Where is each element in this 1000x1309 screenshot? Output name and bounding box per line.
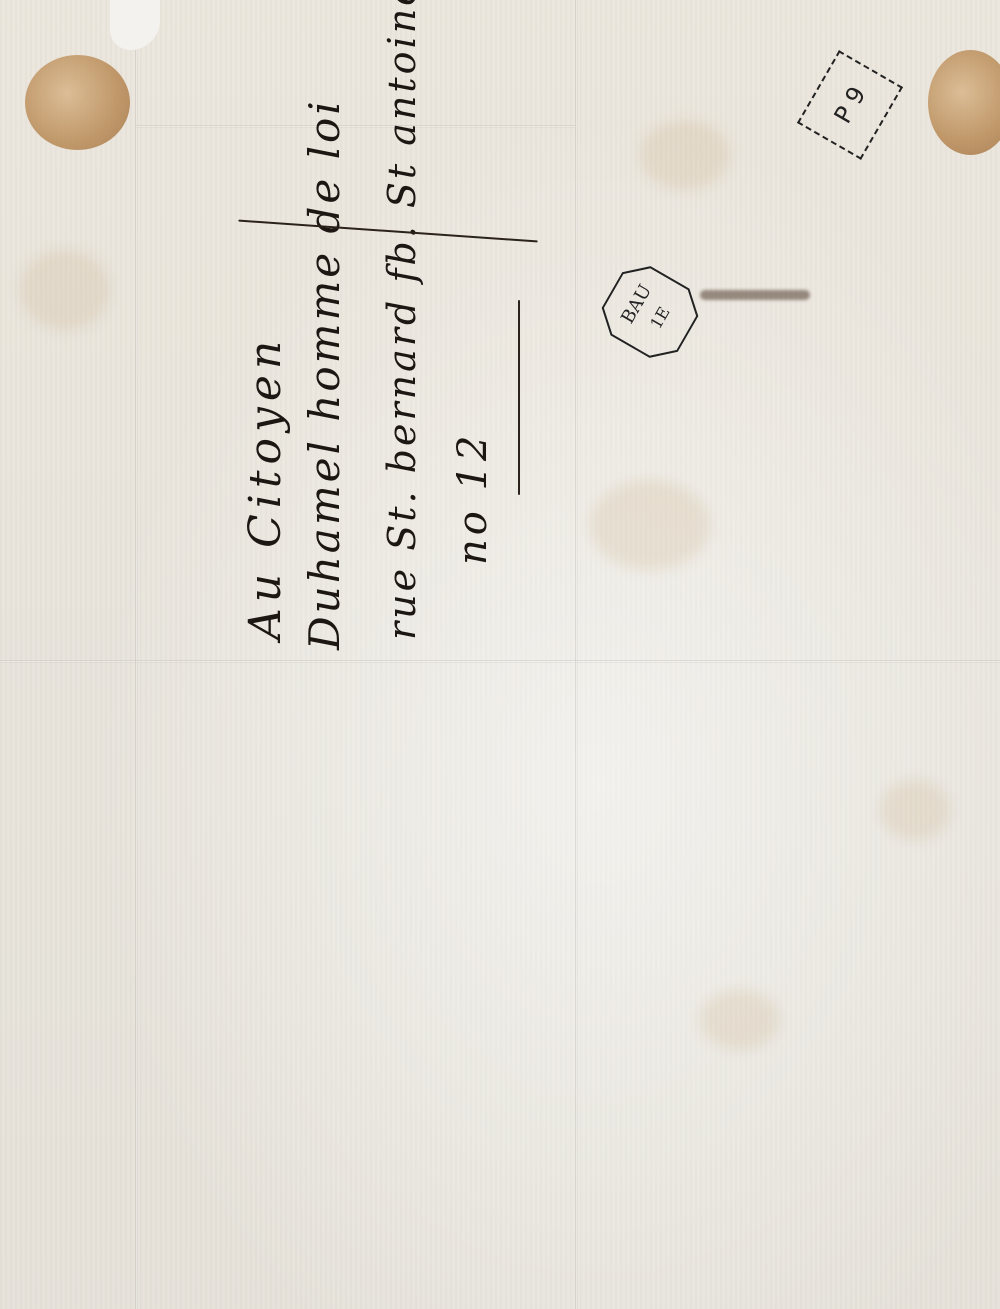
foxing-stain (20, 250, 110, 330)
box-stamp-text: P 9 (829, 82, 872, 128)
fold-line (135, 0, 138, 1309)
ink-smear (700, 290, 810, 300)
wax-seal-right (928, 50, 1000, 155)
postmark-box-stamp: P 9 (797, 50, 903, 160)
postmark-octagon-stamp: BAU 1E (592, 255, 708, 368)
fold-line (0, 660, 1000, 663)
foxing-stain (700, 990, 780, 1050)
wax-seal-left (25, 55, 130, 150)
fold-line (135, 125, 575, 128)
foxing-stain (590, 480, 710, 570)
address-line-2: Duhamel homme de loi (300, 98, 349, 650)
foxing-stain (880, 780, 950, 840)
paper-tear (110, 0, 160, 50)
ink-underline (518, 300, 520, 495)
address-line-3: rue St. bernard fb. St antoine (380, 0, 424, 640)
address-block: Au Citoyen Duhamel homme de loi rue St. … (150, 170, 570, 650)
foxing-stain (640, 120, 730, 190)
address-line-1: Au Citoyen (240, 335, 291, 640)
letter-sheet: Au Citoyen Duhamel homme de loi rue St. … (0, 0, 1000, 1309)
address-line-4: no 12 (450, 432, 496, 565)
fold-line (575, 0, 578, 1309)
